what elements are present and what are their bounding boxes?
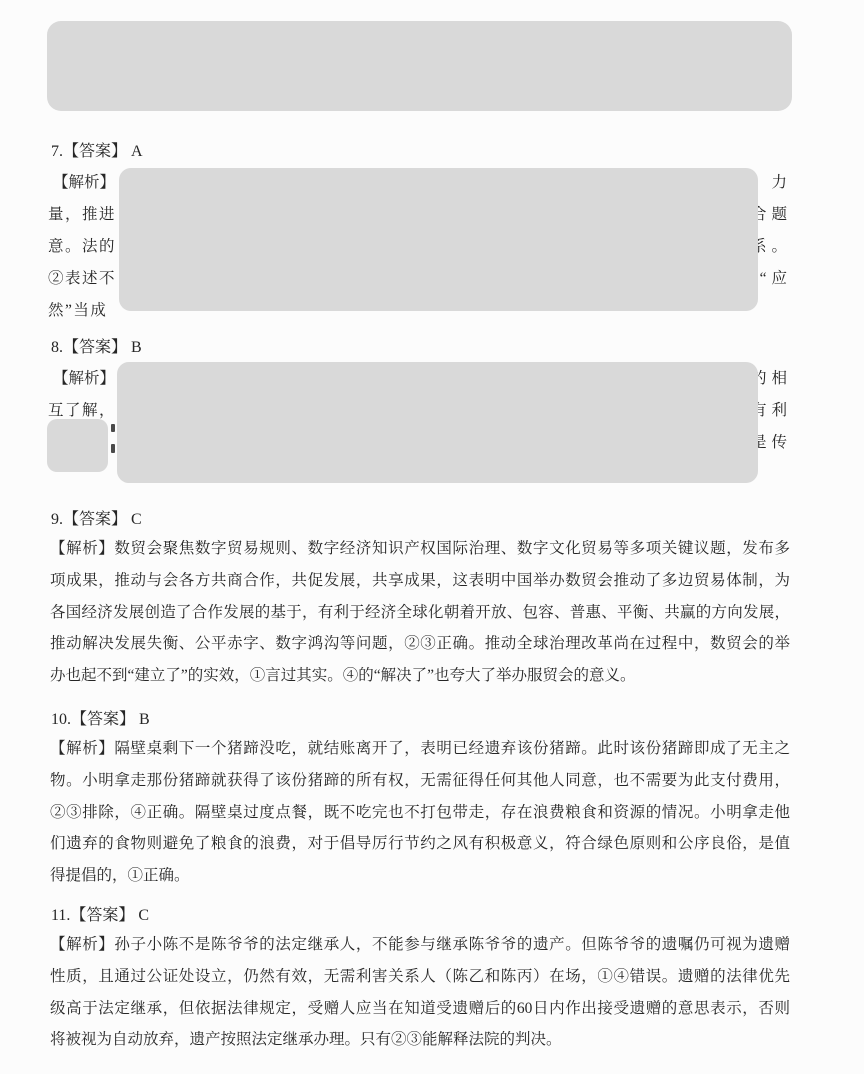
paragraph-line: 物。小明拿走那份猪蹄就获得了该份猪蹄的所有权，无需征得任何其他人同意，也不需要为… — [50, 765, 790, 797]
paragraph-line: 性质，且通过公证处设立，仍然有效，无需利害关系人（陈乙和陈丙）在场，①④错误。遗… — [50, 961, 790, 993]
paragraph-line: 们遗弃的食物则避免了粮食的浪费，对于倡导厉行节约之风有积极意义，符合绿色原则和公… — [50, 828, 790, 860]
q9-answer-value: C — [131, 511, 142, 528]
paragraph-line: 各国经济发展创造了合作发展的基于，有利于经济全球化朝着开放、包容、普惠、平衡、共… — [50, 597, 790, 629]
q8-answer-heading: 8.【答案】B — [51, 338, 142, 358]
q8-number: 8. — [51, 339, 63, 356]
q8-analysis-label: 【解析】 — [53, 369, 115, 389]
q7-answer-value: A — [131, 143, 143, 160]
q8-text-sliver — [111, 424, 115, 432]
q9-answer-label: 【答案】 — [63, 511, 127, 528]
q8-text-fragment: 互了解， — [48, 401, 116, 421]
q7-answer-label: 【答案】 — [63, 143, 127, 160]
paragraph-line: 【解析】孙子小陈不是陈爷爷的法定继承人，不能参与继承陈爷爷的遗产。但陈爷爷的遗嘱… — [50, 929, 790, 961]
q10-answer-value: B — [139, 711, 150, 728]
paragraph-line: 项成果，推动与会各方共商合作，共促发展，共享成果，这表明中国举办数贸会推动了多边… — [50, 565, 790, 597]
paragraph-line: 【解析】数贸会聚焦数字贸易规则、数字经济知识产权国际治理、数字文化贸易等多项关键… — [50, 533, 790, 565]
paragraph-line: 办也起不到“建立了”的实效，①言过其实。④的“解决了”也夸大了举办服贸会的意义。 — [50, 660, 790, 692]
q11-answer-heading: 11.【答案】C — [51, 906, 149, 926]
q7-number: 7. — [51, 143, 63, 160]
q8-answer-value: B — [131, 339, 142, 356]
q10-number: 10. — [51, 711, 71, 728]
redaction-box-q7 — [119, 168, 758, 311]
q11-analysis-paragraph: 【解析】孙子小陈不是陈爷爷的法定继承人，不能参与继承陈爷爷的遗产。但陈爷爷的遗嘱… — [50, 929, 790, 1056]
q9-analysis-paragraph: 【解析】数贸会聚焦数字贸易规则、数字经济知识产权国际治理、数字文化贸易等多项关键… — [50, 533, 790, 692]
q11-number: 11. — [51, 907, 70, 924]
q10-answer-label: 【答案】 — [71, 711, 135, 728]
q7-text-fragment: 然”当成 — [48, 301, 107, 321]
redaction-box-top — [47, 21, 792, 111]
paragraph-line: 级高于法定继承，但依据法律规定，受赠人应当在知道受遗赠后的60日内作出接受遗赠的… — [50, 993, 790, 1025]
redaction-box-q8-small — [47, 419, 108, 472]
q10-analysis-paragraph: 【解析】隔壁桌剩下一个猪蹄没吃，就结账离开了，表明已经遗弃该份猪蹄。此时该份猪蹄… — [50, 733, 790, 892]
q7-text-fragment: 力 — [771, 173, 792, 193]
q7-analysis-label: 【解析】 — [53, 173, 115, 193]
q11-answer-value: C — [138, 907, 149, 924]
paragraph-line: ②③排除，④正确。隔壁桌过度点餐，既不吃完也不打包带走，存在浪费粮食和资源的情况… — [50, 797, 790, 829]
q11-answer-label: 【答案】 — [70, 907, 134, 924]
paragraph-line: 将被视为自动放弃，遗产按照法定继承办理。只有②③能解释法院的判决。 — [50, 1024, 790, 1056]
q8-text-sliver — [111, 444, 115, 453]
q7-text-fragment: 意。法的 — [48, 237, 116, 257]
paragraph-line: 推动解决发展失衡、公平赤字、数字鸿沟等问题，②③正确。推动全球治理改革尚在过程中… — [50, 628, 790, 660]
q9-answer-heading: 9.【答案】C — [51, 510, 142, 530]
redaction-box-q8-large — [117, 362, 758, 483]
q7-text-fragment: ②表述不 — [48, 269, 116, 289]
q10-answer-heading: 10.【答案】B — [51, 710, 150, 730]
q7-answer-heading: 7.【答案】A — [51, 142, 143, 162]
q7-text-fragment: “应 — [760, 269, 792, 289]
paragraph-line: 得提倡的，①正确。 — [50, 860, 790, 892]
q9-number: 9. — [51, 511, 63, 528]
q7-text-fragment: 量，推进 — [48, 205, 116, 225]
answer-key-document-page: 7.【答案】A 【解析】 力 量，推进 合题 意。法的 系。 ②表述不 “应 然… — [0, 0, 864, 1074]
paragraph-line: 【解析】隔壁桌剩下一个猪蹄没吃，就结账离开了，表明已经遗弃该份猪蹄。此时该份猪蹄… — [50, 733, 790, 765]
q8-answer-label: 【答案】 — [63, 339, 127, 356]
